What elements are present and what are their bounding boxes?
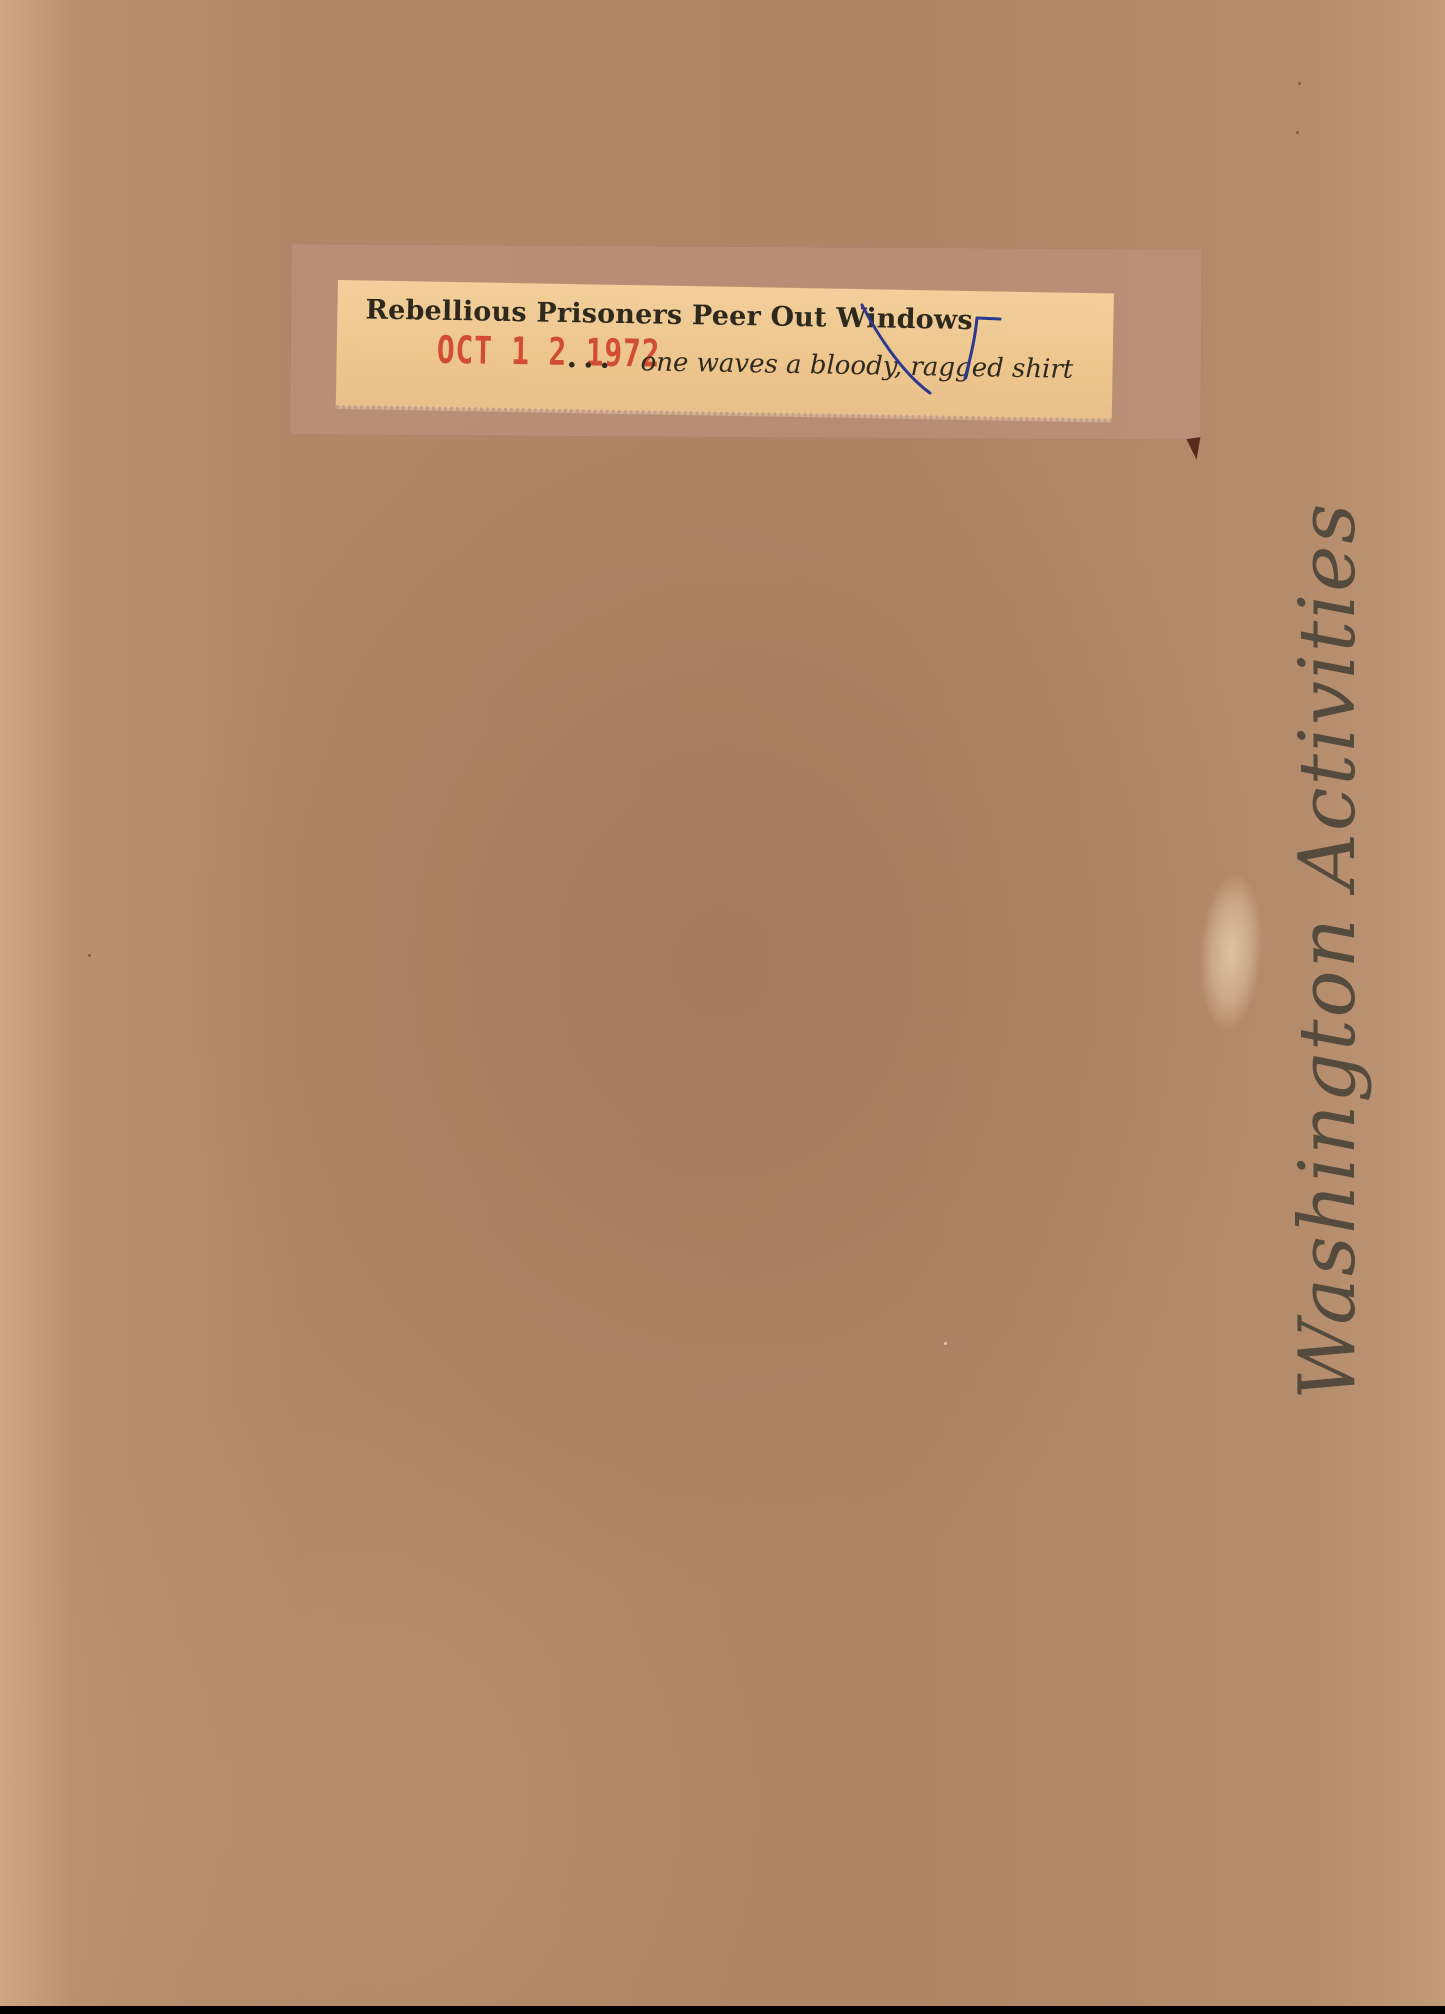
triangle-mark-icon xyxy=(1187,437,1204,461)
left-edge-fade xyxy=(0,0,75,2006)
clipping-caption: one waves a bloody, ragged shirt xyxy=(640,347,1073,385)
paper-speck xyxy=(1298,82,1301,85)
white-stain xyxy=(1191,870,1272,1034)
newspaper-clipping: Rebellious Prisoners Peer Out Windows OC… xyxy=(336,280,1114,420)
date-stamp: OCT 1 2 1972 xyxy=(436,328,660,376)
paper-speck xyxy=(88,954,91,957)
paper-speck xyxy=(1296,131,1299,134)
photo-back-sheet: Rebellious Prisoners Peer Out Windows OC… xyxy=(0,0,1445,2006)
clipping-ellipsis: ... xyxy=(566,340,616,376)
handwritten-note: Washington Activities xyxy=(1283,502,1373,1400)
paper-speck xyxy=(944,1342,947,1345)
